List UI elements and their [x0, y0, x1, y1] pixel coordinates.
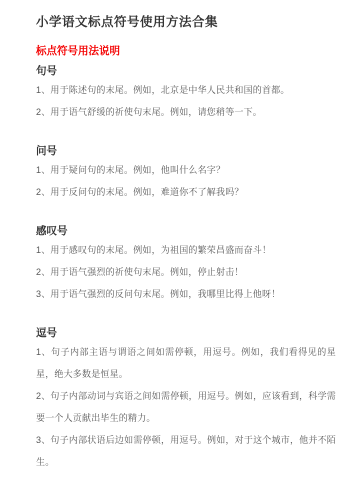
rule-item: 2、用于语气舒缓的祈使句末尾。例如，请您稍等一下。 [36, 101, 336, 123]
rule-item: 1、用于感叹句的末尾。例如，为祖国的繁荣昌盛而奋斗！ [36, 239, 336, 261]
section-heading: 问号 [36, 145, 336, 157]
rule-item: 2、用于语气强烈的祈使句末尾。例如，停止射击！ [36, 261, 336, 283]
section-heading: 感叹号 [36, 225, 336, 237]
rule-item: 2、用于反问句的末尾。例如，难道你不了解我吗？ [36, 181, 336, 203]
section-exclamation-mark: 感叹号 1、用于感叹句的末尾。例如，为祖国的繁荣昌盛而奋斗！ 2、用于语气强烈的… [36, 225, 336, 305]
rule-item: 3、句子内部状语后边如需停顿，用逗号。例如，对于这个城市，他并不陌生。 [36, 429, 336, 473]
section-period: 句号 1、用于陈述句的末尾。例如，北京是中华人民共和国的首都。 2、用于语气舒缓… [36, 65, 336, 123]
rule-item: 2、句子内部动词与宾语之间如需停顿，用逗号。例如，应该看到，科学需要一个人贡献出… [36, 385, 336, 429]
section-question-mark: 问号 1、用于疑问句的末尾。例如，他叫什么名字？ 2、用于反问句的末尾。例如，难… [36, 145, 336, 203]
section-heading: 句号 [36, 65, 336, 77]
section-comma: 逗号 1、句子内部主语与谓语之间如需停顿，用逗号。例如，我们看得见的星星，绝大多… [36, 327, 336, 473]
page-title: 小学语文标点符号使用方法合集 [36, 15, 336, 29]
section-heading: 逗号 [36, 327, 336, 339]
rule-item: 1、用于疑问句的末尾。例如，他叫什么名字？ [36, 159, 336, 181]
rule-item: 1、句子内部主语与谓语之间如需停顿，用逗号。例如，我们看得见的星星，绝大多数是恒… [36, 341, 336, 385]
document-page: 小学语文标点符号使用方法合集 标点符号用法说明 句号 1、用于陈述句的末尾。例如… [0, 0, 363, 477]
section-subtitle: 标点符号用法说明 [36, 45, 336, 57]
rule-item: 3、用于语气强烈的反问句末尾。例如，我哪里比得上他呀！ [36, 283, 336, 305]
rule-item: 1、用于陈述句的末尾。例如，北京是中华人民共和国的首都。 [36, 79, 336, 101]
